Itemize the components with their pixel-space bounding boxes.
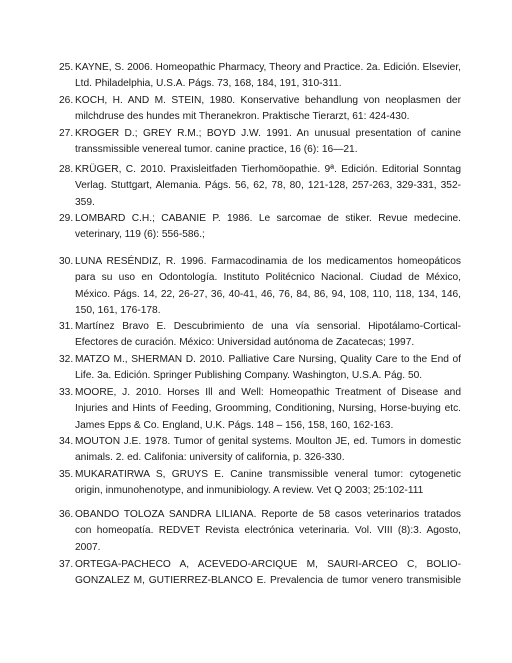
reference-entry: 33. MOORE, J. 2010. Horses Ill and Well:… <box>59 385 461 434</box>
reference-number: 26. <box>59 93 75 109</box>
reference-entry: 37. ORTEGA-PACHECO A, ACEVEDO-ARCIQUE M,… <box>59 557 461 590</box>
reference-text: MATZO M., SHERMAN D. 2010. Palliative Ca… <box>75 352 461 385</box>
reference-entry: 35. MUKARATIRWA S, GRUYS E. Canine trans… <box>59 467 461 500</box>
reference-text: ORTEGA-PACHECO A, ACEVEDO-ARCIQUE M, SAU… <box>75 557 461 590</box>
reference-entry: 27. KROGER D.; GREY R.M.; BOYD J.W. 1991… <box>59 126 461 159</box>
reference-entry: 34. MOUTON J.E. 1978. Tumor of genital s… <box>59 434 461 467</box>
reference-number: 34. <box>59 434 75 450</box>
reference-number: 25. <box>59 60 75 76</box>
reference-entry: 32. MATZO M., SHERMAN D. 2010. Palliativ… <box>59 352 461 385</box>
reference-entry: 30. LUNA RESÉNDIZ, R. 1996. Farmacodinam… <box>59 254 461 319</box>
reference-text: LUNA RESÉNDIZ, R. 1996. Farmacodinamia d… <box>75 254 461 319</box>
reference-text: MOUTON J.E. 1978. Tumor of genital syste… <box>75 434 461 467</box>
reference-number: 36. <box>59 507 75 523</box>
reference-number: 28. <box>59 162 75 178</box>
reference-text: KAYNE, S. 2006. Homeopathic Pharmacy, Th… <box>75 60 461 93</box>
reference-text: KRÜGER, C. 2010. Praxisleitfaden Tierhom… <box>75 162 461 211</box>
reference-number: 33. <box>59 385 75 401</box>
reference-number: 32. <box>59 352 75 368</box>
reference-entry: 36. OBANDO TOLOZA SANDRA LILIANA. Report… <box>59 507 461 556</box>
reference-number: 27. <box>59 126 75 142</box>
reference-number: 30. <box>59 254 75 270</box>
reference-entry: 28. KRÜGER, C. 2010. Praxisleitfaden Tie… <box>59 162 461 211</box>
reference-text: MOORE, J. 2010. Horses Ill and Well: Hom… <box>75 385 461 434</box>
reference-entry: 26. KOCH, H. AND M. STEIN, 1980. Konserv… <box>59 93 461 126</box>
reference-number: 35. <box>59 467 75 483</box>
reference-text: MUKARATIRWA S, GRUYS E. Canine transmiss… <box>75 467 461 500</box>
reference-entry: 29. LOMBARD C.H.; CABANIE P. 1986. Le sa… <box>59 211 461 244</box>
reference-entry: 31. Martínez Bravo E. Descubrimiento de … <box>59 319 461 352</box>
reference-text: KROGER D.; GREY R.M.; BOYD J.W. 1991. An… <box>75 126 461 159</box>
reference-text: KOCH, H. AND M. STEIN, 1980. Konservativ… <box>75 93 461 126</box>
reference-text: OBANDO TOLOZA SANDRA LILIANA. Reporte de… <box>75 507 461 556</box>
reference-entry: 25. KAYNE, S. 2006. Homeopathic Pharmacy… <box>59 60 461 93</box>
document-page: 25. KAYNE, S. 2006. Homeopathic Pharmacy… <box>0 0 512 663</box>
reference-number: 29. <box>59 211 75 227</box>
reference-number: 31. <box>59 319 75 335</box>
reference-number: 37. <box>59 557 75 573</box>
reference-text: Martínez Bravo E. Descubrimiento de una … <box>75 319 461 352</box>
reference-text: LOMBARD C.H.; CABANIE P. 1986. Le sarcom… <box>75 211 461 244</box>
